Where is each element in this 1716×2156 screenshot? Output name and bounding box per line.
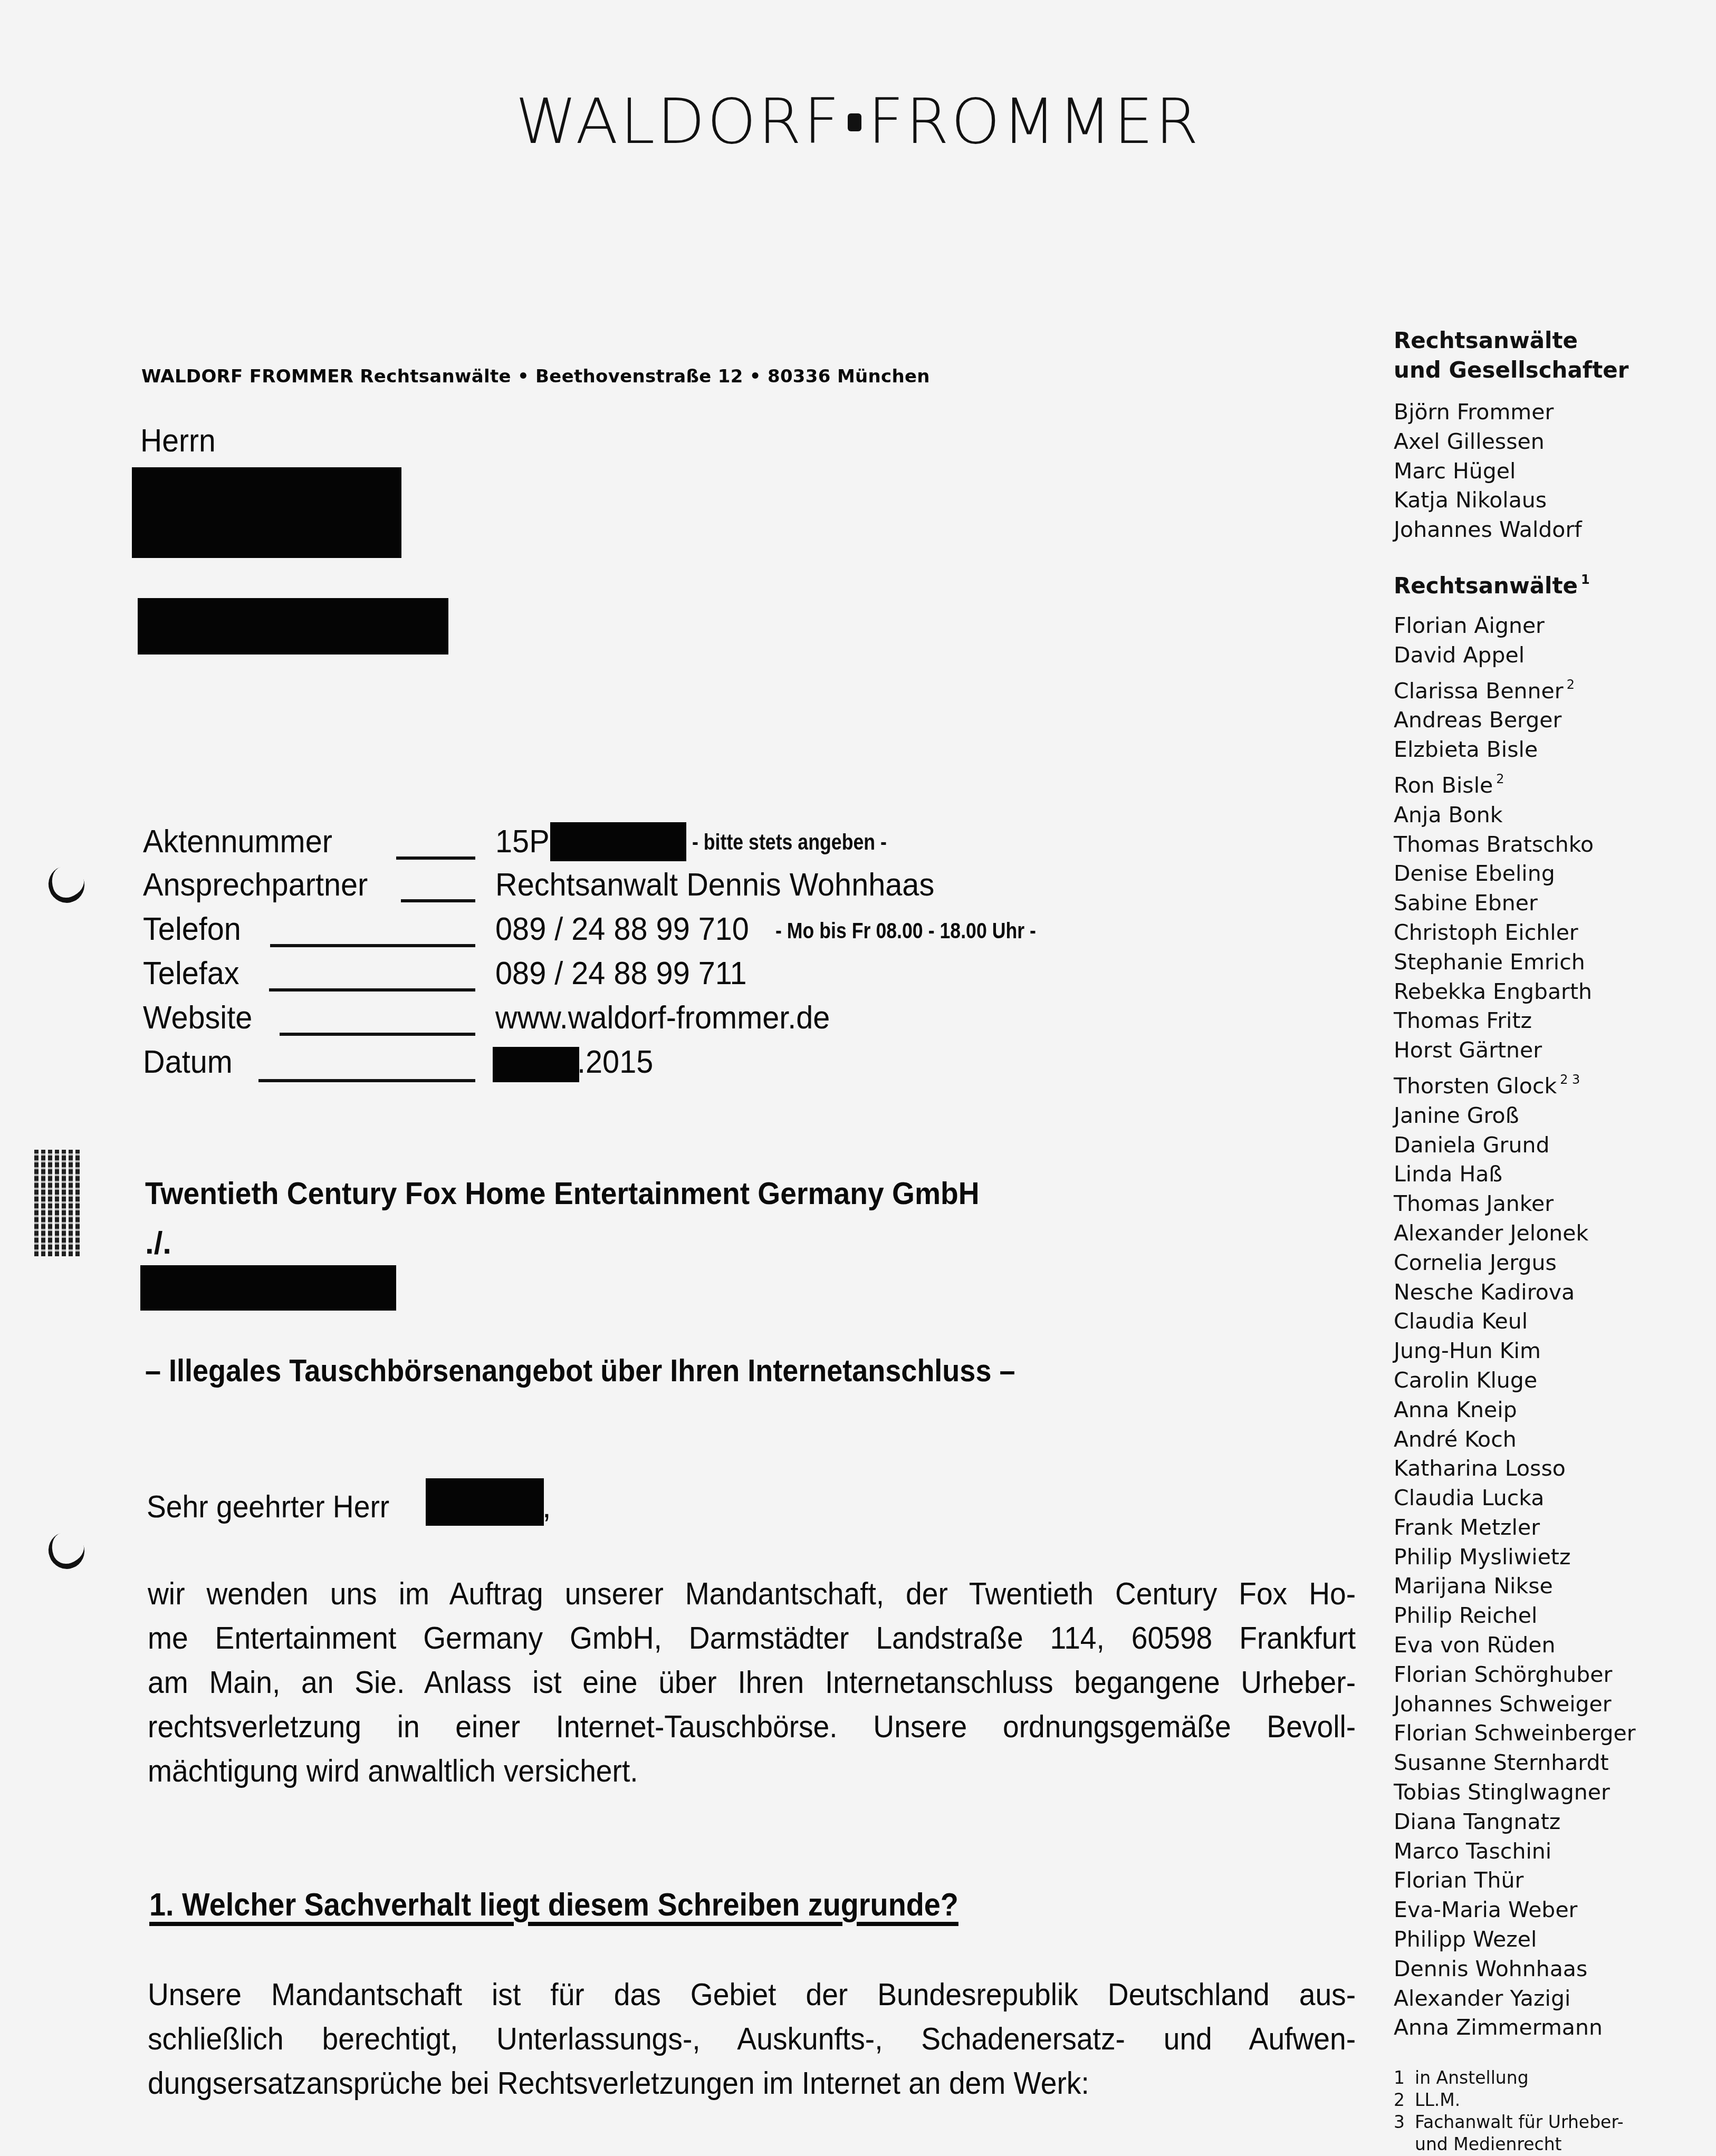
paragraph-line: rechtsverletzung in einer Internet-Tausc… xyxy=(148,1705,1356,1749)
letter-subject: – Illegales Tauschbörsenangebot über Ihr… xyxy=(145,1352,1015,1389)
associate-name: Thomas Janker xyxy=(1394,1189,1710,1219)
info-value-phone: 089 / 24 88 99 710 xyxy=(495,910,749,948)
associate-name: Alexander Jelonek xyxy=(1394,1219,1710,1248)
paragraph-line: mächtigung wird anwaltlich versichert. xyxy=(148,1749,1356,1793)
associate-name: Rebekka Engbarth xyxy=(1394,977,1710,1007)
associates-title: Rechtsanwälte1 xyxy=(1394,565,1710,601)
info-label-contact: Ansprechpartner xyxy=(143,866,368,903)
footnote-marker: 2 3 xyxy=(1560,1072,1580,1087)
associate-name: Nesche Kadirova xyxy=(1394,1278,1710,1307)
associate-name: Eva-Maria Weber xyxy=(1394,1895,1710,1925)
associate-name: Anna Kneip xyxy=(1394,1395,1710,1425)
recipient-salutation: Herrn xyxy=(140,422,216,459)
associate-name: Daniela Grund xyxy=(1394,1131,1710,1160)
associate-name: Florian Schweinberger xyxy=(1394,1719,1710,1748)
paragraph-rights: Unsere Mandantschaft ist für das Gebiet … xyxy=(148,1972,1356,2105)
paragraph-line: schließlich berechtigt, Unterlassungs-, … xyxy=(148,2017,1356,2061)
associate-name: Frank Metzler xyxy=(1394,1513,1710,1543)
info-value-fax: 089 / 24 88 99 711 xyxy=(495,955,747,992)
associate-name: Johannes Schweiger xyxy=(1394,1690,1710,1719)
associate-name: Andreas Berger xyxy=(1394,706,1710,735)
footnote-item: 3Fachanwalt für Urheber- xyxy=(1394,2111,1710,2133)
info-label-date: Datum xyxy=(143,1043,233,1081)
info-label-phone: Telefon xyxy=(143,910,241,948)
associate-name: Eva von Rüden xyxy=(1394,1631,1710,1660)
redacted-recipient-address xyxy=(138,598,448,654)
associate-name: Susanne Sternhardt xyxy=(1394,1748,1710,1778)
info-underline xyxy=(280,1033,475,1036)
info-value-website[interactable]: www.waldorf-frommer.de xyxy=(495,999,830,1036)
associate-name: David Appel xyxy=(1394,641,1710,670)
associate-name: Sabine Ebner xyxy=(1394,889,1710,918)
footnote-item: und Medienrecht xyxy=(1394,2133,1710,2155)
associate-name: Florian Thür xyxy=(1394,1866,1710,1895)
info-value-date-year: .2015 xyxy=(577,1043,653,1081)
associate-name: Tobias Stinglwagner xyxy=(1394,1778,1710,1807)
footnote-item: 1in Anstellung xyxy=(1394,2067,1710,2089)
redacted-salutation-name xyxy=(426,1478,544,1526)
associates-title-text: Rechtsanwälte xyxy=(1394,573,1578,599)
footnote-text: LL.M. xyxy=(1415,2089,1460,2111)
info-label-fax: Telefax xyxy=(143,955,239,992)
associates-title-footnote: 1 xyxy=(1581,572,1590,587)
footnote-text: in Anstellung xyxy=(1415,2067,1529,2089)
footnote-number: 2 xyxy=(1394,2089,1415,2111)
partners-list: Björn FrommerAxel GillessenMarc HügelKat… xyxy=(1394,398,1710,545)
logo-dot-icon xyxy=(848,113,861,131)
info-note-file-number: - bitte stets angeben - xyxy=(692,830,887,855)
associate-name: Philipp Wezel xyxy=(1394,1925,1710,1955)
info-underline xyxy=(396,856,475,860)
footnote-marker: 2 xyxy=(1496,772,1504,786)
associate-name: Marijana Nikse xyxy=(1394,1572,1710,1601)
info-underline xyxy=(401,899,475,902)
associates-list: Florian AignerDavid AppelClarissa Benner… xyxy=(1394,611,1710,2043)
associate-name: Cornelia Jergus xyxy=(1394,1248,1710,1278)
associate-name: Thorsten Glock2 3 xyxy=(1394,1065,1710,1101)
section-heading-1: 1. Welcher Sachverhalt liegt diesem Schr… xyxy=(149,1886,958,1923)
associate-name: Anna Zimmermann xyxy=(1394,2013,1710,2043)
info-value-file-number: 15P xyxy=(495,823,550,860)
datamatrix-barcode xyxy=(34,1150,80,1256)
partner-name: Marc Hügel xyxy=(1394,457,1710,486)
footnote-number: 1 xyxy=(1394,2067,1415,2089)
associate-name: Katharina Losso xyxy=(1394,1454,1710,1484)
sender-address-line: WALDORF FROMMER Rechtsanwälte • Beethove… xyxy=(141,366,930,387)
info-label-website: Website xyxy=(143,999,252,1036)
associate-name: Christoph Eichler xyxy=(1394,918,1710,948)
associate-name: Ron Bisle2 xyxy=(1394,765,1710,801)
associate-name: Philip Reichel xyxy=(1394,1601,1710,1631)
associate-name: Dennis Wohnhaas xyxy=(1394,1955,1710,1984)
associate-name: Carolin Kluge xyxy=(1394,1366,1710,1395)
partners-title-line2: und Gesellschafter xyxy=(1394,355,1710,385)
info-underline xyxy=(258,1079,475,1082)
footnote-number: 3 xyxy=(1394,2111,1415,2133)
associate-name: Clarissa Benner2 xyxy=(1394,670,1710,706)
associate-name: Diana Tangnatz xyxy=(1394,1807,1710,1837)
footnote-number xyxy=(1394,2133,1415,2155)
associate-name: Linda Haß xyxy=(1394,1160,1710,1189)
associate-name: Florian Aigner xyxy=(1394,611,1710,641)
info-underline xyxy=(270,944,475,947)
sidebar-footnotes: 1in Anstellung2LL.M.3Fachanwalt für Urhe… xyxy=(1394,2067,1710,2155)
partner-name: Johannes Waldorf xyxy=(1394,515,1710,545)
paragraph-line: dungsersatzansprüche bei Rechtsverletzun… xyxy=(148,2061,1356,2105)
associate-name: Thomas Bratschko xyxy=(1394,830,1710,860)
salutation-text: Sehr geehrter Herr xyxy=(147,1489,389,1524)
logo-text-left: WALDORF xyxy=(515,85,841,158)
redacted-recipient-name xyxy=(132,467,401,558)
paragraph-line: am Main, an Sie. Anlass ist eine über Ih… xyxy=(148,1660,1356,1705)
associate-name: Claudia Lucka xyxy=(1394,1484,1710,1513)
associate-name: Anja Bonk xyxy=(1394,801,1710,830)
info-value-contact: Rechtsanwalt Dennis Wohnhaas xyxy=(495,866,934,903)
logo-text-right: FROMMER xyxy=(868,85,1201,158)
firm-logo: WALDORFFROMMER xyxy=(0,84,1716,158)
partners-title-line1: Rechtsanwälte xyxy=(1394,326,1710,355)
paragraph-line: me Entertainment Germany GmbH, Darmstädt… xyxy=(148,1616,1356,1660)
paragraph-line: Unsere Mandantschaft ist für das Gebiet … xyxy=(148,1972,1356,2017)
associate-name: Alexander Yazigi xyxy=(1394,1984,1710,2014)
associate-name: Horst Gärtner xyxy=(1394,1036,1710,1065)
paragraph-line: wir wenden uns im Auftrag unserer Mandan… xyxy=(148,1572,1356,1616)
associate-name: Stephanie Emrich xyxy=(1394,948,1710,977)
associate-name: Elzbieta Bisle xyxy=(1394,735,1710,765)
hole-punch-mark xyxy=(43,1527,90,1574)
footnote-text: Fachanwalt für Urheber- xyxy=(1415,2111,1624,2133)
versus-marker: ./. xyxy=(145,1225,171,1261)
footnote-item: 2LL.M. xyxy=(1394,2089,1710,2111)
info-underline xyxy=(269,988,475,992)
hole-punch-mark xyxy=(43,861,90,908)
redacted-file-number xyxy=(550,822,686,861)
lawyers-sidebar: Rechtsanwälte und Gesellschafter Björn F… xyxy=(1394,326,1710,2155)
associate-name: Jung-Hun Kim xyxy=(1394,1336,1710,1366)
redacted-date-day-month xyxy=(493,1047,579,1082)
associate-name: Marco Taschini xyxy=(1394,1837,1710,1866)
associate-name: Thomas Fritz xyxy=(1394,1006,1710,1036)
footnote-text: und Medienrecht xyxy=(1415,2133,1562,2155)
associate-name: Florian Schörghuber xyxy=(1394,1660,1710,1690)
associate-name: Janine Groß xyxy=(1394,1101,1710,1131)
redacted-defendant-name xyxy=(140,1265,396,1311)
info-note-phone-hours: - Mo bis Fr 08.00 - 18.00 Uhr - xyxy=(775,918,1036,944)
associate-name: Philip Mysliwietz xyxy=(1394,1543,1710,1572)
letter-salutation: Sehr geehrter Herr xyxy=(147,1488,389,1525)
info-label-file-number: Aktennummer xyxy=(143,823,332,860)
partner-name: Katja Nikolaus xyxy=(1394,486,1710,515)
salutation-comma: , xyxy=(542,1488,551,1525)
partners-title: Rechtsanwälte und Gesellschafter xyxy=(1394,326,1710,385)
associate-name: Denise Ebeling xyxy=(1394,859,1710,889)
partner-name: Axel Gillessen xyxy=(1394,427,1710,457)
associate-name: André Koch xyxy=(1394,1425,1710,1455)
associate-name: Claudia Keul xyxy=(1394,1307,1710,1336)
footnote-marker: 2 xyxy=(1567,677,1575,692)
paragraph-intro: wir wenden uns im Auftrag unserer Mandan… xyxy=(148,1572,1356,1793)
partner-name: Björn Frommer xyxy=(1394,398,1710,427)
plaintiff-name: Twentieth Century Fox Home Entertainment… xyxy=(145,1175,980,1211)
